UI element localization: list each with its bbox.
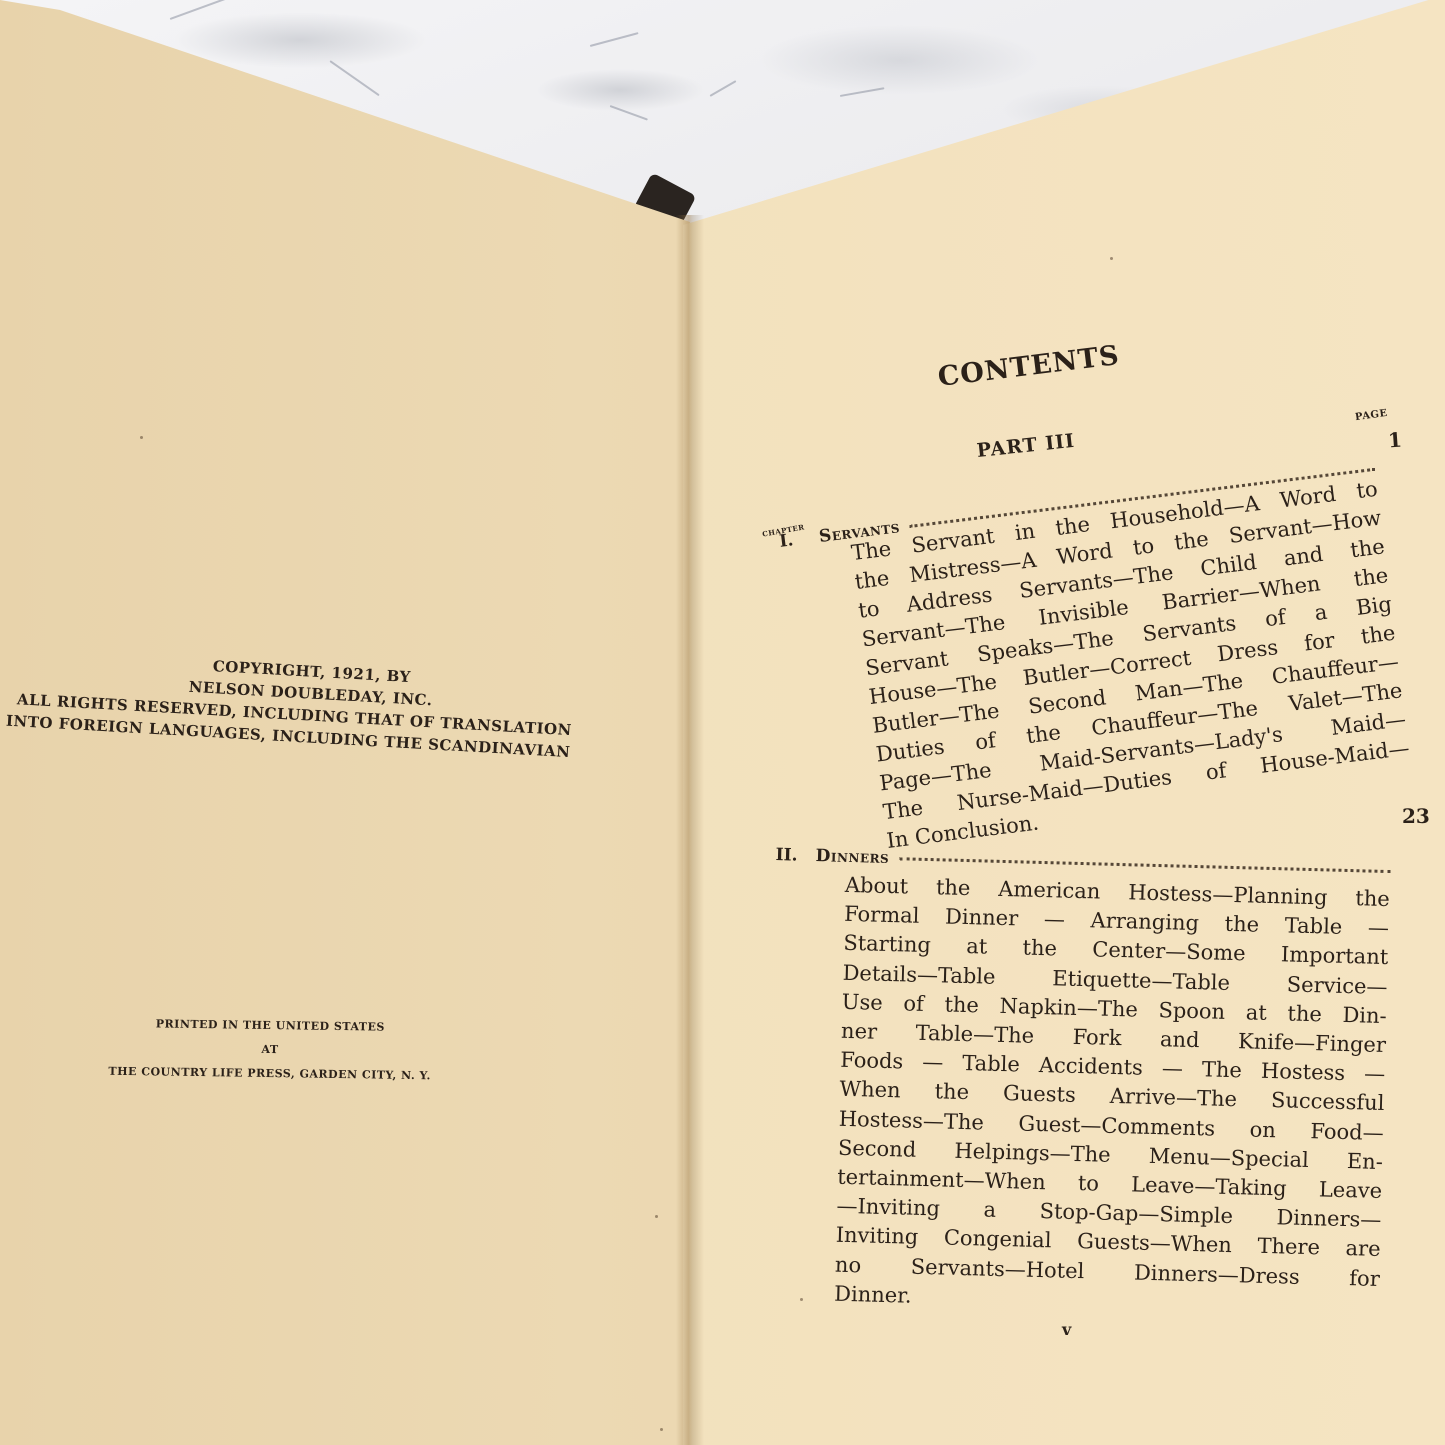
marble-vein <box>610 105 648 121</box>
marble-vein <box>329 60 379 96</box>
printer-notice: PRINTED IN THE UNITED STATES AT THE COUN… <box>60 1011 481 1089</box>
page-folio: v <box>1062 1320 1071 1339</box>
marble-vein <box>840 87 885 97</box>
paper-speck <box>655 1215 658 1218</box>
toc-page-number: 1 <box>1387 428 1403 453</box>
chapter-title: Dinners <box>815 844 889 870</box>
paper-speck <box>1110 257 1113 260</box>
toc-page-number: 23 <box>1402 804 1430 828</box>
marble-vein <box>590 32 639 47</box>
book-gutter <box>676 215 704 1445</box>
toc-entry-dinners: II. Dinners About the American Hostess—P… <box>764 843 1391 1323</box>
marble-vein <box>710 80 737 97</box>
chapter-summary: About the American Hostess—Planning the … <box>834 871 1390 1323</box>
chapter-summary: The Servant in the Household—A Word to t… <box>850 475 1415 856</box>
paper-speck <box>660 1428 663 1431</box>
marble-vein <box>170 0 255 20</box>
paper-speck <box>140 436 143 439</box>
chapter-number: II. <box>775 843 816 868</box>
chapter-number: I. <box>778 525 821 554</box>
